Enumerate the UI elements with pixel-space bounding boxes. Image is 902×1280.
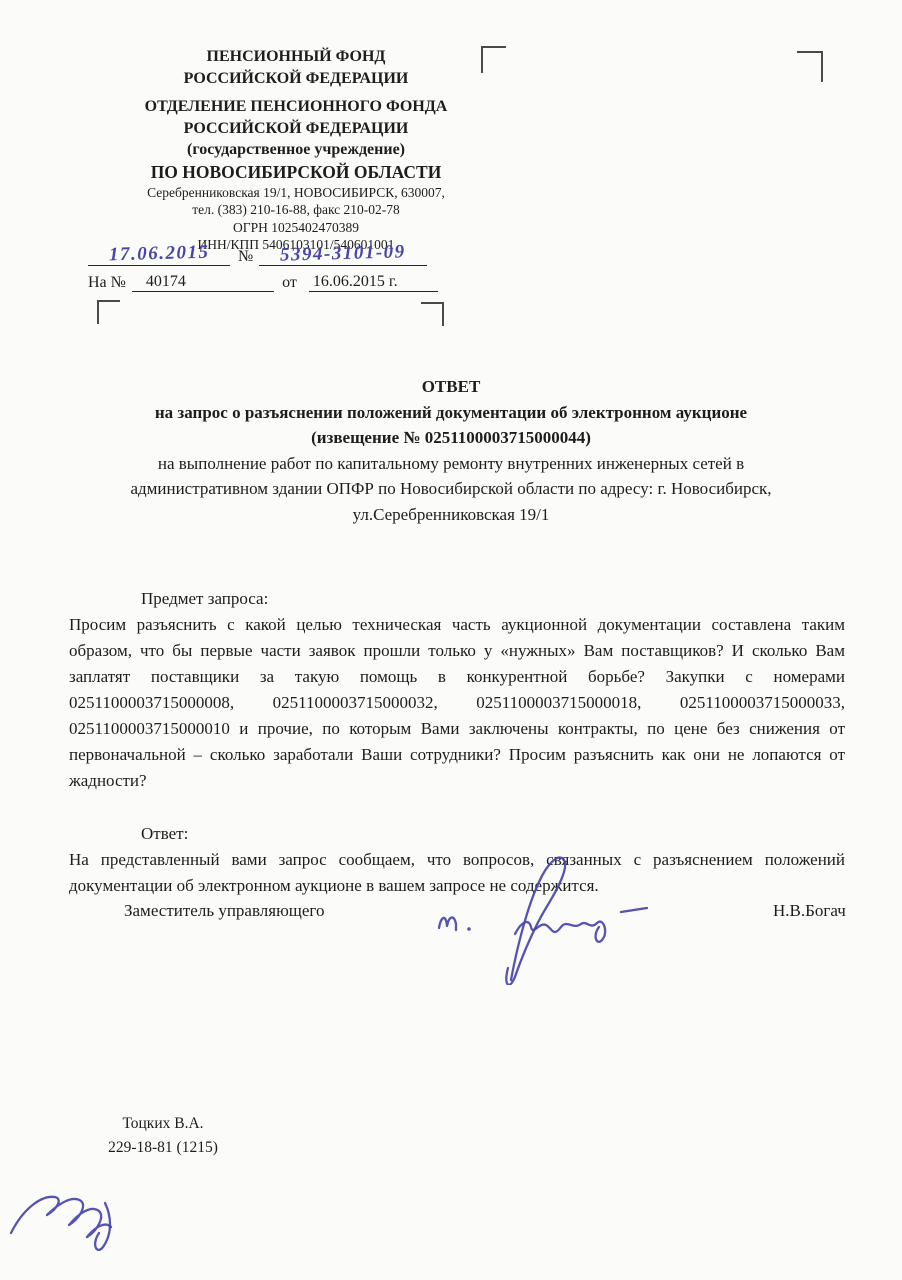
letterhead: ПЕНСИОННЫЙ ФОНД РОССИЙСКОЙ ФЕДЕРАЦИИ ОТД… xyxy=(92,46,500,254)
answer-label: Ответ: xyxy=(69,821,845,847)
subject-of-works-line: административном здании ОПФР по Новосиби… xyxy=(70,476,832,502)
document-heading: ОТВЕТ xyxy=(70,374,832,400)
scanned-letter-page: ПЕНСИОННЫЙ ФОНД РОССИЙСКОЙ ФЕДЕРАЦИИ ОТД… xyxy=(0,0,902,1280)
executor-block: Тоцких В.А. 229-18-81 (1215) xyxy=(94,1112,232,1160)
field-corner-mark-left xyxy=(97,300,120,324)
subject-of-works-line: на выполнение работ по капитальному ремо… xyxy=(70,451,832,477)
executor-phone: 229-18-81 (1215) xyxy=(94,1136,232,1160)
field-corner-mark-right xyxy=(421,302,444,326)
document-subheading: на запрос о разъяснении положений докуме… xyxy=(70,400,832,426)
incoming-reference-row: На № 40174 от 16.06.2015 г. xyxy=(88,266,438,292)
notice-number: (извещение № 0251100003715000044) xyxy=(70,425,832,451)
signature-ink-icon xyxy=(425,850,660,985)
signer-position-title: Заместитель управляющего xyxy=(124,901,324,921)
subject-of-works-line: ул.Серебренниковская 19/1 xyxy=(70,502,832,528)
incoming-number-label: На № xyxy=(88,274,126,292)
signer-name: Н.В.Богач xyxy=(773,901,846,921)
letterhead-org-line: РОССИЙСКОЙ ФЕДЕРАЦИИ xyxy=(92,68,500,90)
letterhead-org-line: ПЕНСИОННЫЙ ФОНД xyxy=(92,46,500,68)
letterhead-dept-line: (государственное учреждение) xyxy=(92,139,500,161)
number-sign: № xyxy=(238,248,253,266)
letterhead-phone-fax: тел. (383) 210-16-88, факс 210-02-78 xyxy=(92,201,500,219)
incoming-date-value: 16.06.2015 г. xyxy=(309,273,438,292)
letterhead-dept-line: РОССИЙСКОЙ ФЕДЕРАЦИИ xyxy=(92,118,500,140)
outgoing-reference-row: 17.06.2015 № 5394-3101-09 xyxy=(88,240,438,266)
document-title-block: ОТВЕТ на запрос о разъяснении положений … xyxy=(70,374,832,527)
letterhead-dept-line: ОТДЕЛЕНИЕ ПЕНСИОННОГО ФОНДА xyxy=(92,96,500,118)
letterhead-ogrn: ОГРН 1025402470389 xyxy=(92,219,500,237)
incoming-date-label: от xyxy=(282,274,297,292)
request-subject-text: Просим разъяснить с какой целью техничес… xyxy=(69,612,845,794)
incoming-number-value: 40174 xyxy=(132,273,274,292)
letterhead-region-line: ПО НОВОСИБИРСКОЙ ОБЛАСТИ xyxy=(92,161,500,184)
request-subject-label: Предмет запроса: xyxy=(69,586,845,612)
executor-signature-icon xyxy=(5,1175,155,1255)
reference-block: 17.06.2015 № 5394-3101-09 На № 40174 от … xyxy=(88,240,438,292)
addressee-corner-mark-top-left xyxy=(481,46,506,73)
addressee-corner-mark-top-right xyxy=(797,51,823,82)
executor-name: Тоцких В.А. xyxy=(94,1112,232,1136)
handwritten-outgoing-number: 5394-3101-09 xyxy=(280,241,406,266)
letterhead-address: Серебренниковская 19/1, НОВОСИБИРСК, 630… xyxy=(92,184,500,202)
handwritten-outgoing-date: 17.06.2015 xyxy=(108,242,209,267)
